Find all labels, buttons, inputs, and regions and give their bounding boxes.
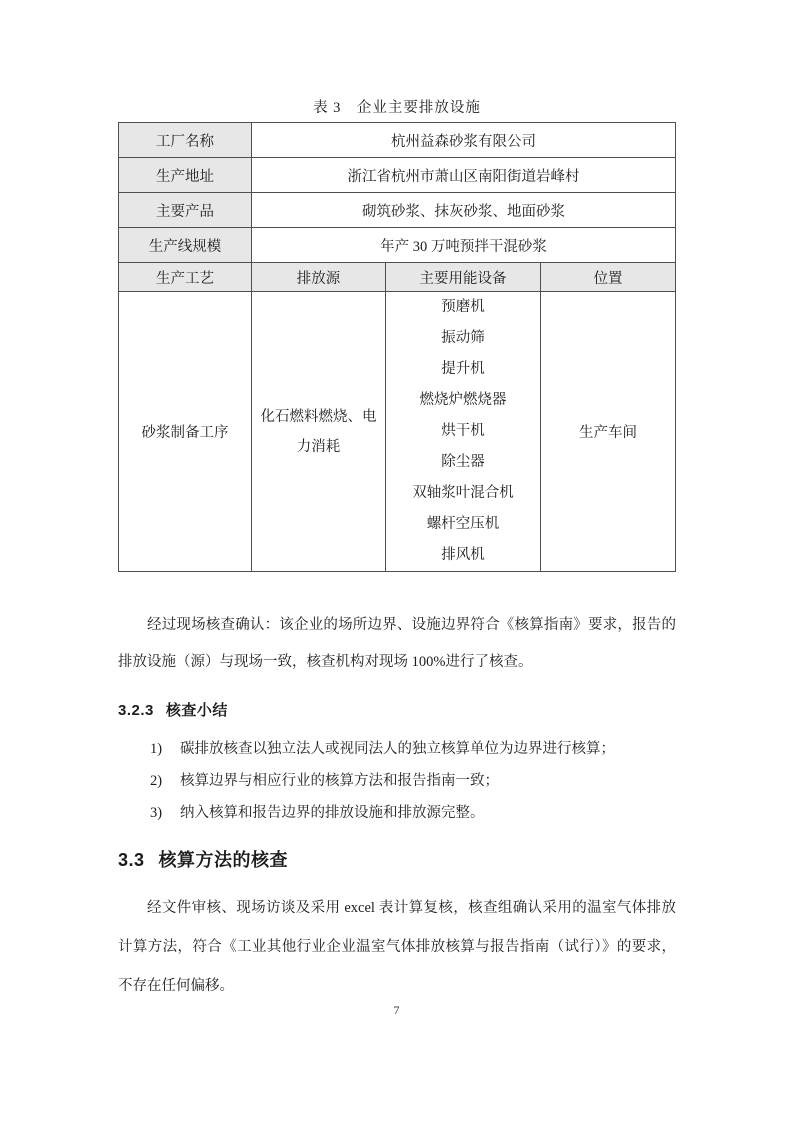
production-scale-label: 生产线规模 <box>119 228 252 263</box>
equipment-item: 振动筛 <box>390 323 536 354</box>
table-caption: 表 3 企业主要排放设施 <box>118 98 676 118</box>
process-cell: 砂浆制备工序 <box>119 292 252 572</box>
page-content: 表 3 企业主要排放设施 工厂名称 杭州益森砂浆有限公司 生产地址 浙江省杭州市… <box>118 98 676 1006</box>
equipment-item: 螺杆空压机 <box>390 509 536 540</box>
equipment-item: 排风机 <box>390 540 536 571</box>
table-header-row: 生产工艺 排放源 主要用能设备 位置 <box>119 263 676 292</box>
equipment-cell: 预磨机 振动筛 提升机 燃烧炉燃烧器 烘干机 除尘器 双轴浆叶混合机 螺杆空压机… <box>386 292 541 572</box>
column-header-location: 位置 <box>541 263 676 292</box>
summary-list: 1) 碳排放核查以独立法人或视同法人的独立核算单位为边界进行核算； 2) 核算边… <box>118 733 676 829</box>
list-item: 1) 碳排放核查以独立法人或视同法人的独立核算单位为边界进行核算； <box>118 733 676 765</box>
method-check-paragraph: 经文件审核、现场访谈及采用 excel 表计算复核，核查组确认采用的温室气体排放… <box>118 889 676 1006</box>
section-heading-3-3: 3.3核算方法的核查 <box>118 847 676 873</box>
equipment-item: 烘干机 <box>390 416 536 447</box>
main-products-label: 主要产品 <box>119 193 252 228</box>
column-header-process: 生产工艺 <box>119 263 252 292</box>
table-row: 工厂名称 杭州益森砂浆有限公司 <box>119 123 676 158</box>
location-cell: 生产车间 <box>541 292 676 572</box>
site-check-paragraph: 经过现场核查确认：该企业的场所边界、设施边界符合《核算指南》要求，报告的排放设施… <box>118 607 676 681</box>
emission-source-cell: 化石燃料燃烧、电力消耗 <box>252 292 386 572</box>
factory-name-value: 杭州益森砂浆有限公司 <box>252 123 676 158</box>
production-address-label: 生产地址 <box>119 158 252 193</box>
equipment-item: 双轴浆叶混合机 <box>390 478 536 509</box>
equipment-item: 提升机 <box>390 354 536 385</box>
list-text: 碳排放核查以独立法人或视同法人的独立核算单位为边界进行核算； <box>180 733 676 765</box>
list-marker: 2) <box>150 765 180 797</box>
production-address-value: 浙江省杭州市萧山区南阳街道岩峰村 <box>252 158 676 193</box>
factory-name-label: 工厂名称 <box>119 123 252 158</box>
table-data-row: 砂浆制备工序 化石燃料燃烧、电力消耗 预磨机 振动筛 提升机 燃烧炉燃烧器 烘干… <box>119 292 676 572</box>
equipment-item: 除尘器 <box>390 447 536 478</box>
column-header-equipment: 主要用能设备 <box>386 263 541 292</box>
list-marker: 3) <box>150 797 180 829</box>
table-row: 主要产品 砌筑砂浆、抹灰砂浆、地面砂浆 <box>119 193 676 228</box>
section-heading-3-2-3: 3.2.3核查小结 <box>118 699 676 723</box>
section-number: 3.2.3 <box>118 702 154 719</box>
emission-facilities-table: 工厂名称 杭州益森砂浆有限公司 生产地址 浙江省杭州市萧山区南阳街道岩峰村 主要… <box>118 122 676 572</box>
list-marker: 1) <box>150 733 180 765</box>
page-number: 7 <box>0 1002 793 1018</box>
column-header-emission-source: 排放源 <box>252 263 386 292</box>
table-row: 生产线规模 年产 30 万吨预拌干混砂浆 <box>119 228 676 263</box>
section-title: 核查小结 <box>166 702 228 719</box>
document-page: 表 3 企业主要排放设施 工厂名称 杭州益森砂浆有限公司 生产地址 浙江省杭州市… <box>0 0 793 1122</box>
list-text: 纳入核算和报告边界的排放设施和排放源完整。 <box>180 797 676 829</box>
section-number: 3.3 <box>118 850 145 870</box>
list-text: 核算边界与相应行业的核算方法和报告指南一致； <box>180 765 676 797</box>
equipment-item: 燃烧炉燃烧器 <box>390 385 536 416</box>
list-item: 2) 核算边界与相应行业的核算方法和报告指南一致； <box>118 765 676 797</box>
main-products-value: 砌筑砂浆、抹灰砂浆、地面砂浆 <box>252 193 676 228</box>
table-row: 生产地址 浙江省杭州市萧山区南阳街道岩峰村 <box>119 158 676 193</box>
section-title: 核算方法的核查 <box>159 850 289 870</box>
list-item: 3) 纳入核算和报告边界的排放设施和排放源完整。 <box>118 797 676 829</box>
equipment-item: 预磨机 <box>390 292 536 323</box>
production-scale-value: 年产 30 万吨预拌干混砂浆 <box>252 228 676 263</box>
